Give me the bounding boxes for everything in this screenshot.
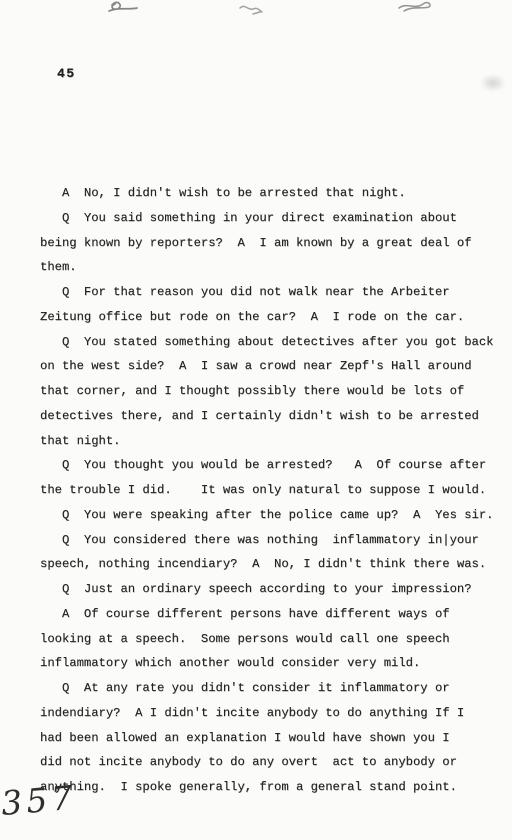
page-number: 45 (57, 66, 76, 81)
pencil-smudge-icon (396, 0, 434, 14)
transcript-line: Q Just an ordinary speech according to y… (40, 577, 493, 602)
handwritten-page-number: 357 (0, 778, 78, 823)
transcript-line: Q You stated something about detectives … (40, 330, 493, 355)
pencil-smudge-icon (238, 1, 268, 17)
transcript-line: Q You thought you would be arrested? A O… (40, 453, 493, 478)
transcript-line: Q You were speaking after the police cam… (40, 503, 493, 528)
transcript-line: A No, I didn't wish to be arrested that … (40, 181, 493, 206)
transcript-line: had been allowed an explanation I would … (40, 726, 493, 751)
transcript-line: on the west side? A I saw a crowd near Z… (40, 354, 493, 379)
transcript-line: indendiary? A I didn't incite anybody to… (40, 701, 493, 726)
scanned-transcript-page: 45 A No, I didn't wish to be arrested th… (0, 0, 512, 840)
transcript-line: the trouble I did. It was only natural t… (40, 478, 493, 503)
transcript-line: being known by reporters? A I am known b… (40, 231, 493, 256)
transcript-line: Q You considered there was nothing infla… (40, 528, 493, 553)
transcript-line: Q For that reason you did not walk near … (40, 280, 493, 305)
transcript-line: anything. I spoke generally, from a gene… (40, 775, 493, 800)
transcript-line: looking at a speech. Some persons would … (40, 627, 493, 652)
transcript-line: inflammatory which another would conside… (40, 651, 493, 676)
transcript-line: that corner, and I thought possibly ther… (40, 379, 493, 404)
transcript-line: Zeitung office but rode on the car? A I … (40, 305, 493, 330)
transcript-line: them. (40, 255, 493, 280)
transcript-text-block: A No, I didn't wish to be arrested that … (40, 181, 493, 800)
transcript-line: A Of course different persons have diffe… (40, 602, 493, 627)
transcript-line: Q You said something in your direct exam… (40, 206, 493, 231)
transcript-line: speech, nothing incendiary? A No, I didn… (40, 552, 493, 577)
transcript-line: detectives there, and I certainly didn't… (40, 404, 493, 429)
transcript-line: did not incite anybody to do any overt a… (40, 750, 493, 775)
pencil-smudge-icon (106, 0, 142, 16)
scan-edge-smudge (480, 74, 506, 92)
transcript-line: Q At any rate you didn't consider it inf… (40, 676, 493, 701)
transcript-line: that night. (40, 429, 493, 454)
